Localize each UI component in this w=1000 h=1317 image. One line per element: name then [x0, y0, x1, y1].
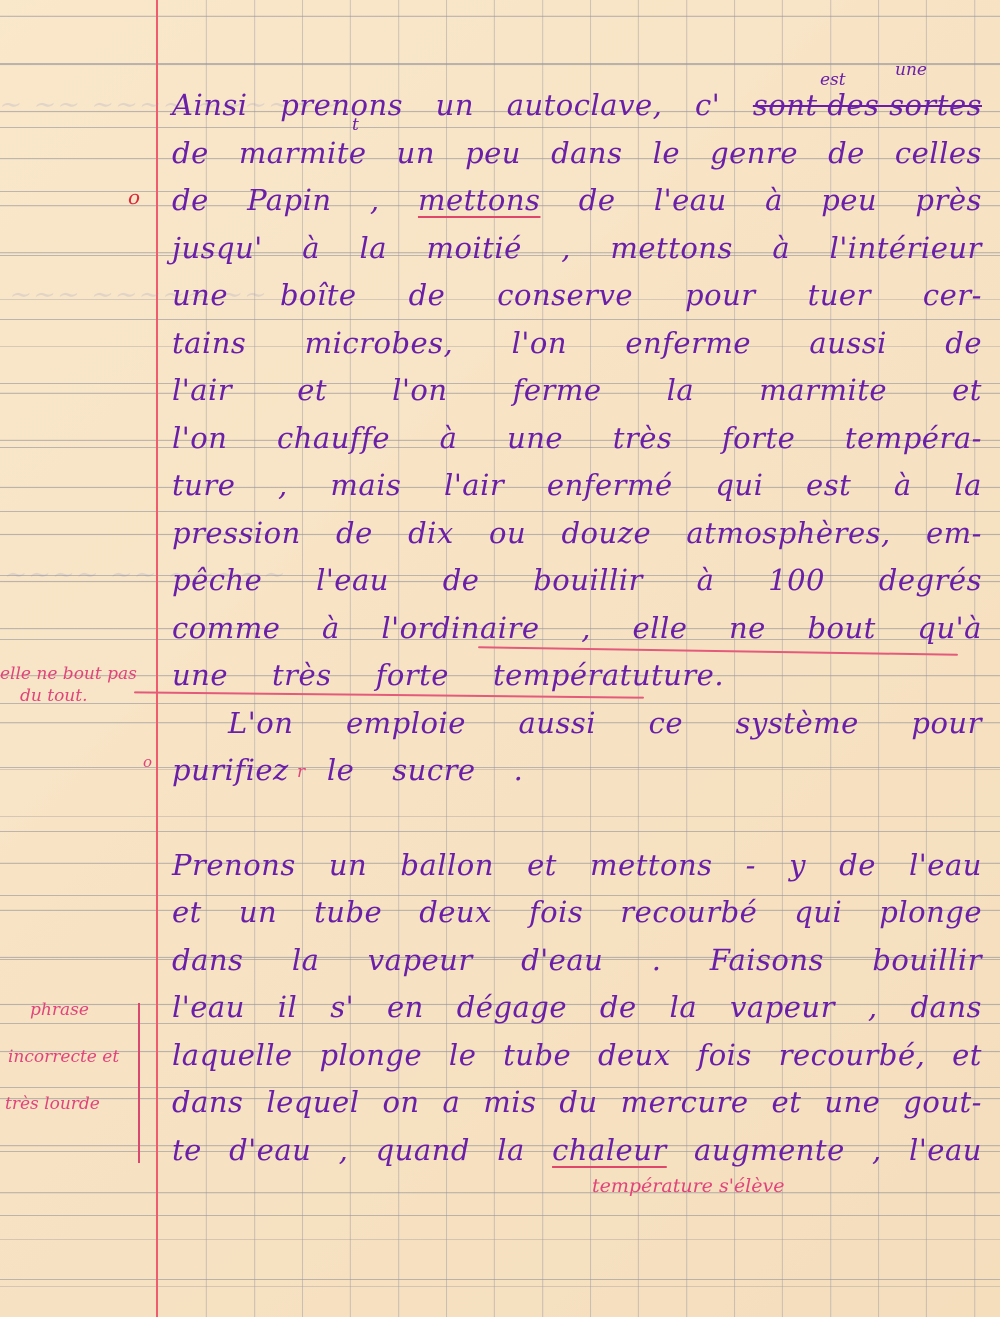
insertion-est: est — [820, 70, 846, 90]
word: vapeur — [368, 943, 473, 977]
text-line-8: l'on chauffe à une très forte tempéra- — [172, 421, 982, 455]
text-line-16: Prenons un ballon et mettons - y de l'ea… — [172, 848, 982, 882]
word: plonge — [319, 1038, 422, 1072]
word: recourbé, — [779, 1038, 926, 1072]
word: bouillir — [533, 563, 643, 597]
word: l'eau — [172, 990, 245, 1024]
word: la — [359, 231, 387, 265]
word: l'eau — [654, 183, 727, 217]
word: purifiez — [172, 753, 289, 787]
word: le — [327, 753, 354, 787]
word: y — [789, 848, 806, 882]
insertion-une: une — [895, 60, 927, 80]
word: em- — [926, 516, 982, 550]
text-line-14: L'on emploie aussi ce système pour — [228, 706, 982, 740]
word: genre — [710, 136, 798, 170]
word: , — [872, 1133, 882, 1167]
word: on — [382, 1085, 419, 1119]
word: tempéra- — [845, 421, 982, 455]
word: degrés — [879, 563, 982, 597]
word: une — [507, 421, 563, 455]
word: atmosphères, — [686, 516, 890, 550]
word: et — [172, 895, 202, 929]
word: fois — [529, 895, 583, 929]
word: une — [172, 278, 228, 312]
text-line-10: pression de dix ou douze atmosphères, em… — [172, 516, 982, 550]
word: Ainsi — [172, 88, 248, 122]
word: elle — [633, 611, 688, 645]
word: de — [828, 136, 865, 170]
word: l'ordinaire — [381, 611, 539, 645]
word: à — [302, 231, 320, 265]
text-line-5: une boîte de conserve pour tuer cer- — [172, 278, 982, 312]
word: du — [559, 1085, 597, 1119]
word: comme — [172, 611, 280, 645]
word: l'eau — [316, 563, 389, 597]
word: dans — [910, 990, 981, 1024]
word: mettons — [610, 231, 733, 265]
word: très — [272, 658, 332, 692]
word: pression — [172, 516, 301, 550]
word: à — [322, 611, 340, 645]
word: vapeur — [730, 990, 835, 1024]
word: qu'à — [917, 611, 982, 645]
word: plonge — [879, 895, 982, 929]
text-line-15: purifiez le sucre . — [172, 753, 982, 787]
word: 100 — [768, 563, 825, 597]
word: , — [581, 611, 591, 645]
text-line-13: une très forte températuture. — [172, 658, 982, 692]
error-mark: o — [143, 753, 152, 771]
word: deux — [598, 1038, 671, 1072]
text-line-18: dans la vapeur d'eau . Faisons bouillir — [172, 943, 982, 977]
word: d'eau — [521, 943, 603, 977]
word: l'on — [172, 421, 227, 455]
word: sucre — [392, 753, 475, 787]
word: en — [387, 990, 424, 1024]
word: ne — [729, 611, 766, 645]
margin-note: incorrecte et — [8, 1047, 119, 1067]
word: pour — [911, 706, 982, 740]
word: à — [894, 468, 912, 502]
word: et — [297, 373, 327, 407]
word: de — [579, 183, 616, 217]
word: . — [652, 943, 662, 977]
word: de — [839, 848, 876, 882]
text-line-6: tains microbes, l'on enferme aussi de — [172, 326, 982, 360]
error-mark: o — [128, 185, 140, 209]
word: dans — [172, 1085, 243, 1119]
word: la — [954, 468, 982, 502]
word: un — [397, 136, 435, 170]
word: s' — [330, 990, 354, 1024]
word: de — [336, 516, 373, 550]
word: mettons — [590, 848, 713, 882]
word: L'on — [228, 706, 293, 740]
word: une — [824, 1085, 880, 1119]
word: a — [443, 1085, 461, 1119]
insertion-r: r — [297, 762, 305, 782]
word: te — [172, 1133, 202, 1167]
word: d'eau — [229, 1133, 311, 1167]
word: cer- — [923, 278, 982, 312]
word: chauffe — [277, 421, 390, 455]
word: jusqu' — [172, 231, 263, 265]
word: recourbé — [620, 895, 757, 929]
text-line-22: te d'eau , quand la chaleur augmente , l… — [172, 1133, 982, 1167]
word: lequel — [266, 1085, 359, 1119]
word: de — [600, 990, 637, 1024]
word: de — [172, 136, 209, 170]
word: système — [736, 706, 859, 740]
word: à — [772, 231, 790, 265]
margin-note: du tout. — [20, 686, 88, 706]
text-line-7: l'air et l'on ferme la marmite et — [172, 373, 982, 407]
word: forte — [722, 421, 795, 455]
word: moitié — [426, 231, 521, 265]
word: il — [278, 990, 298, 1024]
word: conserve — [497, 278, 633, 312]
word: ferme — [513, 373, 602, 407]
word: près — [915, 183, 981, 217]
word: emploie — [346, 706, 466, 740]
word: pour — [685, 278, 756, 312]
word: chaleur — [552, 1133, 667, 1167]
word: qui — [794, 895, 842, 929]
word: de — [172, 183, 209, 217]
word: Prenons — [172, 848, 296, 882]
word: microbes, — [305, 326, 454, 360]
word: la — [670, 990, 698, 1024]
word: de — [945, 326, 982, 360]
word: et — [952, 1038, 982, 1072]
word: , — [868, 990, 878, 1024]
word: à — [765, 183, 783, 217]
word: mais — [330, 468, 401, 502]
word: l'eau — [909, 1133, 982, 1167]
word: une — [172, 658, 228, 692]
word: augmente — [694, 1133, 845, 1167]
word: marmite — [239, 136, 367, 170]
margin-line — [156, 0, 158, 1317]
word: températuture. — [493, 658, 724, 692]
word: marmite — [759, 373, 887, 407]
word: quand — [376, 1133, 470, 1167]
word: et — [952, 373, 982, 407]
insertion-t: t — [352, 115, 359, 135]
word: tube — [314, 895, 382, 929]
word: qui — [715, 468, 763, 502]
word: l'on — [512, 326, 567, 360]
word: , — [278, 468, 288, 502]
word: Faisons — [710, 943, 824, 977]
word: c' — [695, 88, 720, 122]
text-line-1: Ainsi prenons un autoclave, c' sont des … — [172, 88, 982, 122]
word: la — [292, 943, 320, 977]
word: dix — [408, 516, 454, 550]
text-line-17: et un tube deux fois recourbé qui plonge — [172, 895, 982, 929]
text-line-12: comme à l'ordinaire , elle ne bout qu'à — [172, 611, 982, 645]
word: ture — [172, 468, 235, 502]
word: forte — [376, 658, 449, 692]
word: ou — [489, 516, 526, 550]
word: aussi — [519, 706, 597, 740]
word: peu — [465, 136, 521, 170]
text-line-21: dans lequel on a mis du mercure et une g… — [172, 1085, 982, 1119]
word: un — [329, 848, 367, 882]
word: très — [613, 421, 673, 455]
word: , — [561, 231, 571, 265]
word: tains — [172, 326, 246, 360]
text-line-2: de marmite un peu dans le genre de celle… — [172, 136, 982, 170]
text-line-11: pêche l'eau de bouillir à 100 degrés — [172, 563, 982, 597]
text-line-9: ture , mais l'air enfermé qui est à la — [172, 468, 982, 502]
word: tube — [503, 1038, 571, 1072]
word: peu — [821, 183, 877, 217]
word: l'air — [444, 468, 504, 502]
word: un — [239, 895, 277, 929]
struck-text: sont des sortes — [753, 88, 982, 122]
word: la — [497, 1133, 525, 1167]
text-line-19: l'eau il s' en dégage de la vapeur , dan… — [172, 990, 982, 1024]
correction-note: température s'élève — [592, 1175, 784, 1197]
margin-note: phrase — [30, 1000, 89, 1020]
word: celles — [895, 136, 982, 170]
word: un — [436, 88, 474, 122]
word: tuer — [808, 278, 871, 312]
word: et — [527, 848, 557, 882]
word: l'eau — [909, 848, 982, 882]
word: dans — [551, 136, 622, 170]
word: bouillir — [872, 943, 982, 977]
word: dégage — [457, 990, 567, 1024]
word: . — [514, 753, 524, 787]
margin-bracket — [138, 1003, 148, 1163]
word: de — [443, 563, 480, 597]
word: Papin — [247, 183, 332, 217]
word: la — [667, 373, 695, 407]
word: boîte — [280, 278, 357, 312]
word: ballon — [400, 848, 494, 882]
word: - — [746, 848, 756, 882]
word: ce — [649, 706, 683, 740]
margin-note: très lourde — [5, 1094, 100, 1114]
word: de — [409, 278, 446, 312]
word: enferme — [625, 326, 751, 360]
word: dans — [172, 943, 243, 977]
word: pêche — [172, 563, 262, 597]
word: douze — [561, 516, 651, 550]
word: fois — [697, 1038, 751, 1072]
word: , — [370, 183, 380, 217]
word: mis — [483, 1085, 536, 1119]
word: et — [772, 1085, 802, 1119]
word: deux — [419, 895, 492, 929]
text-line-4: jusqu' à la moitié , mettons à l'intérie… — [172, 231, 982, 265]
word: l'intérieur — [830, 231, 982, 265]
word: l'on — [392, 373, 447, 407]
word: , — [339, 1133, 349, 1167]
word: aussi — [809, 326, 887, 360]
word: mettons — [418, 183, 541, 217]
text-line-3: de Papin , mettons de l'eau à peu près — [172, 183, 982, 217]
text-line-20: laquelle plonge le tube deux fois recour… — [172, 1038, 982, 1072]
word: est — [806, 468, 851, 502]
word: le — [653, 136, 680, 170]
word: mercure — [621, 1085, 749, 1119]
margin-note: elle ne bout pas — [0, 664, 137, 684]
word: l'air — [172, 373, 232, 407]
word: laquelle — [172, 1038, 293, 1072]
word: prenons — [280, 88, 403, 122]
word: bout — [807, 611, 875, 645]
word: autoclave, — [507, 88, 663, 122]
word: le — [449, 1038, 476, 1072]
word: à — [440, 421, 458, 455]
word: enfermé — [547, 468, 673, 502]
word: gout- — [903, 1085, 982, 1119]
word: à — [697, 563, 715, 597]
